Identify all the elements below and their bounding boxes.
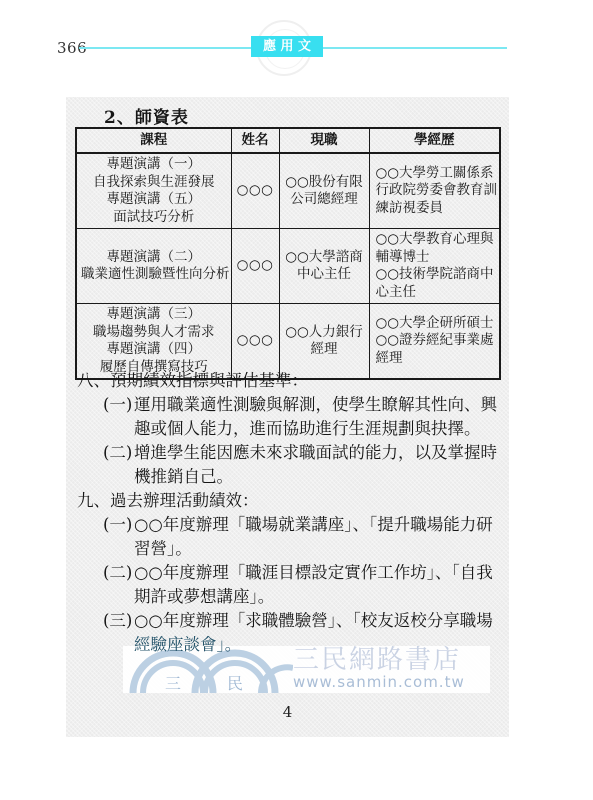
course-line: 專題演講（五） bbox=[81, 191, 227, 209]
item-line: ○○年度辦理「求職體驗營」、「校友返校分享職場 bbox=[134, 609, 501, 633]
name-placeholder: ○○○ bbox=[237, 257, 274, 273]
course-line: 自我探索與生涯發展 bbox=[81, 174, 227, 192]
item-line: 期許或夢想講座」。 bbox=[134, 585, 501, 609]
section-item: (一)運用職業適性測驗與解測，使學生瞭解其性向、興趣或個人能力，進而協助進行生涯… bbox=[103, 393, 501, 441]
course-line: 職業適性測驗暨性向分析 bbox=[81, 266, 227, 284]
item-line: 增進學生能因應未來求職面試的能力，以及掌握時 bbox=[134, 441, 501, 465]
position-line: ○○人力銀行 bbox=[284, 324, 365, 342]
background-line: ○○證券經紀事業處 bbox=[376, 332, 496, 350]
background-line: 行政院勞委會教育訓 bbox=[376, 182, 496, 200]
course-cell: 專題演講（一）自我探索與生涯發展專題演講（五）面試技巧分析 bbox=[76, 153, 231, 229]
section-item: (一)○○年度辦理「職場就業講座」、「提升職場能力研習營」。 bbox=[103, 513, 501, 561]
background-line: ○○大學企研所碩士 bbox=[376, 315, 496, 333]
item-line: 機推銷自己。 bbox=[134, 465, 501, 489]
item-label: (一) bbox=[103, 513, 134, 537]
table-row: 專題演講（三）職場趨勢與人才需求專題演講（四）履歷自傳撰寫技巧○○○○○人力銀行… bbox=[76, 304, 500, 380]
position-line: 經理 bbox=[284, 341, 365, 359]
position-line: 公司總經理 bbox=[284, 191, 365, 209]
item-label: (二) bbox=[103, 561, 134, 585]
content-panel: 2、師資表 課程 姓名 現職 學經歷 專題演講（一）自我探索與生涯發展專題演講（… bbox=[66, 97, 509, 737]
item-lines: ○○年度辦理「職涯目標設定實作工作坊」、「自我期許或夢想講座」。 bbox=[134, 561, 501, 609]
background-line: 經理 bbox=[376, 350, 496, 368]
position-line: ○○大學諮商 bbox=[284, 249, 365, 267]
name-cell: ○○○ bbox=[231, 304, 279, 380]
page-number-bottom: 4 bbox=[66, 703, 509, 721]
background-line: ○○大學勞工關係系 bbox=[376, 165, 496, 183]
course-line: 專題演講（三） bbox=[81, 306, 227, 324]
course-cell: 專題演講（三）職場趨勢與人才需求專題演講（四）履歷自傳撰寫技巧 bbox=[76, 304, 231, 380]
table-row: 專題演講（二）職業適性測驗暨性向分析○○○○○大學諮商中心主任○○大學教育心理與… bbox=[76, 229, 500, 304]
section-heading: 九、過去辦理活動績效： bbox=[77, 489, 501, 513]
item-lines: 增進學生能因應未來求職面試的能力，以及掌握時機推銷自己。 bbox=[134, 441, 501, 489]
position-cell: ○○股份有限公司總經理 bbox=[279, 153, 369, 229]
section-item: (二)○○年度辦理「職涯目標設定實作工作坊」、「自我期許或夢想講座」。 bbox=[103, 561, 501, 609]
name-placeholder: ○○○ bbox=[237, 332, 274, 348]
sections: 八、預期績效指標與評估基準：(一)運用職業適性測驗與解測，使學生瞭解其性向、興趣… bbox=[77, 369, 501, 657]
item-line: ○○年度辦理「職場就業講座」、「提升職場能力研 bbox=[134, 513, 501, 537]
section-item: (二)增進學生能因應未來求職面試的能力，以及掌握時機推銷自己。 bbox=[103, 441, 501, 489]
col-header-course: 課程 bbox=[76, 128, 231, 153]
faculty-table: 課程 姓名 現職 學經歷 專題演講（一）自我探索與生涯發展專題演講（五）面試技巧… bbox=[75, 127, 501, 380]
background-line: ○○技術學院諮商中 bbox=[376, 266, 496, 284]
col-header-name: 姓名 bbox=[231, 128, 279, 153]
position-line: 中心主任 bbox=[284, 266, 365, 284]
item-line: 運用職業適性測驗與解測，使學生瞭解其性向、興 bbox=[134, 393, 501, 417]
subsection-title: 2、師資表 bbox=[104, 103, 189, 128]
faculty-table-body: 專題演講（一）自我探索與生涯發展專題演講（五）面試技巧分析○○○○○股份有限公司… bbox=[76, 153, 500, 379]
course-cell: 專題演講（二）職業適性測驗暨性向分析 bbox=[76, 229, 231, 304]
section-item: (三)○○年度辦理「求職體驗營」、「校友返校分享職場經驗座談會」。 bbox=[103, 609, 501, 657]
bookstore-url: www.sanmin.com.tw bbox=[293, 674, 490, 691]
name-placeholder: ○○○ bbox=[237, 182, 274, 198]
item-label: (一) bbox=[103, 393, 134, 417]
item-label: (三) bbox=[103, 609, 134, 633]
item-line: ○○年度辦理「職涯目標設定實作工作坊」、「自我 bbox=[134, 561, 501, 585]
table-header-row: 課程 姓名 現職 學經歷 bbox=[76, 128, 500, 153]
course-line: 專題演講（四） bbox=[81, 341, 227, 359]
position-cell: ○○人力銀行經理 bbox=[279, 304, 369, 380]
section-badge: 應用文 bbox=[251, 36, 323, 57]
background-line: 輔導博士 bbox=[376, 249, 496, 267]
item-label: (二) bbox=[103, 441, 134, 465]
course-line: 面試技巧分析 bbox=[81, 209, 227, 227]
course-line: 專題演講（一） bbox=[81, 156, 227, 174]
col-header-background: 學經歷 bbox=[369, 128, 500, 153]
logo-char-min: 民 bbox=[227, 674, 243, 693]
course-line: 職場趨勢與人才需求 bbox=[81, 324, 227, 342]
section: 八、預期績效指標與評估基準：(一)運用職業適性測驗與解測，使學生瞭解其性向、興趣… bbox=[77, 369, 501, 489]
background-cell: ○○大學企研所碩士○○證券經紀事業處經理 bbox=[369, 304, 500, 380]
course-line: 專題演講（二） bbox=[81, 249, 227, 267]
background-line: 心主任 bbox=[376, 284, 496, 302]
background-line: ○○大學教育心理與 bbox=[376, 231, 496, 249]
logo-char-san: 三 bbox=[165, 674, 181, 693]
item-line: 經驗座談會」。 bbox=[134, 633, 501, 657]
table-row: 專題演講（一）自我探索與生涯發展專題演講（五）面試技巧分析○○○○○股份有限公司… bbox=[76, 153, 500, 229]
position-cell: ○○大學諮商中心主任 bbox=[279, 229, 369, 304]
item-line: 趣或個人能力，進而協助進行生涯規劃與抉擇。 bbox=[134, 417, 501, 441]
item-lines: ○○年度辦理「職場就業講座」、「提升職場能力研習營」。 bbox=[134, 513, 501, 561]
col-header-position: 現職 bbox=[279, 128, 369, 153]
item-line: 習營」。 bbox=[134, 537, 501, 561]
name-cell: ○○○ bbox=[231, 153, 279, 229]
background-cell: ○○大學教育心理與輔導博士○○技術學院諮商中心主任 bbox=[369, 229, 500, 304]
background-cell: ○○大學勞工關係系行政院勞委會教育訓練訪視委員 bbox=[369, 153, 500, 229]
position-line: ○○股份有限 bbox=[284, 174, 365, 192]
background-line: 練訪視委員 bbox=[376, 200, 496, 218]
section: 九、過去辦理活動績效：(一)○○年度辦理「職場就業講座」、「提升職場能力研習營」… bbox=[77, 489, 501, 657]
name-cell: ○○○ bbox=[231, 229, 279, 304]
faculty-table-head: 課程 姓名 現職 學經歷 bbox=[76, 128, 500, 153]
section-heading: 八、預期績效指標與評估基準： bbox=[77, 369, 501, 393]
item-lines: ○○年度辦理「求職體驗營」、「校友返校分享職場經驗座談會」。 bbox=[134, 609, 501, 657]
item-lines: 運用職業適性測驗與解測，使學生瞭解其性向、興趣或個人能力，進而協助進行生涯規劃與… bbox=[134, 393, 501, 441]
